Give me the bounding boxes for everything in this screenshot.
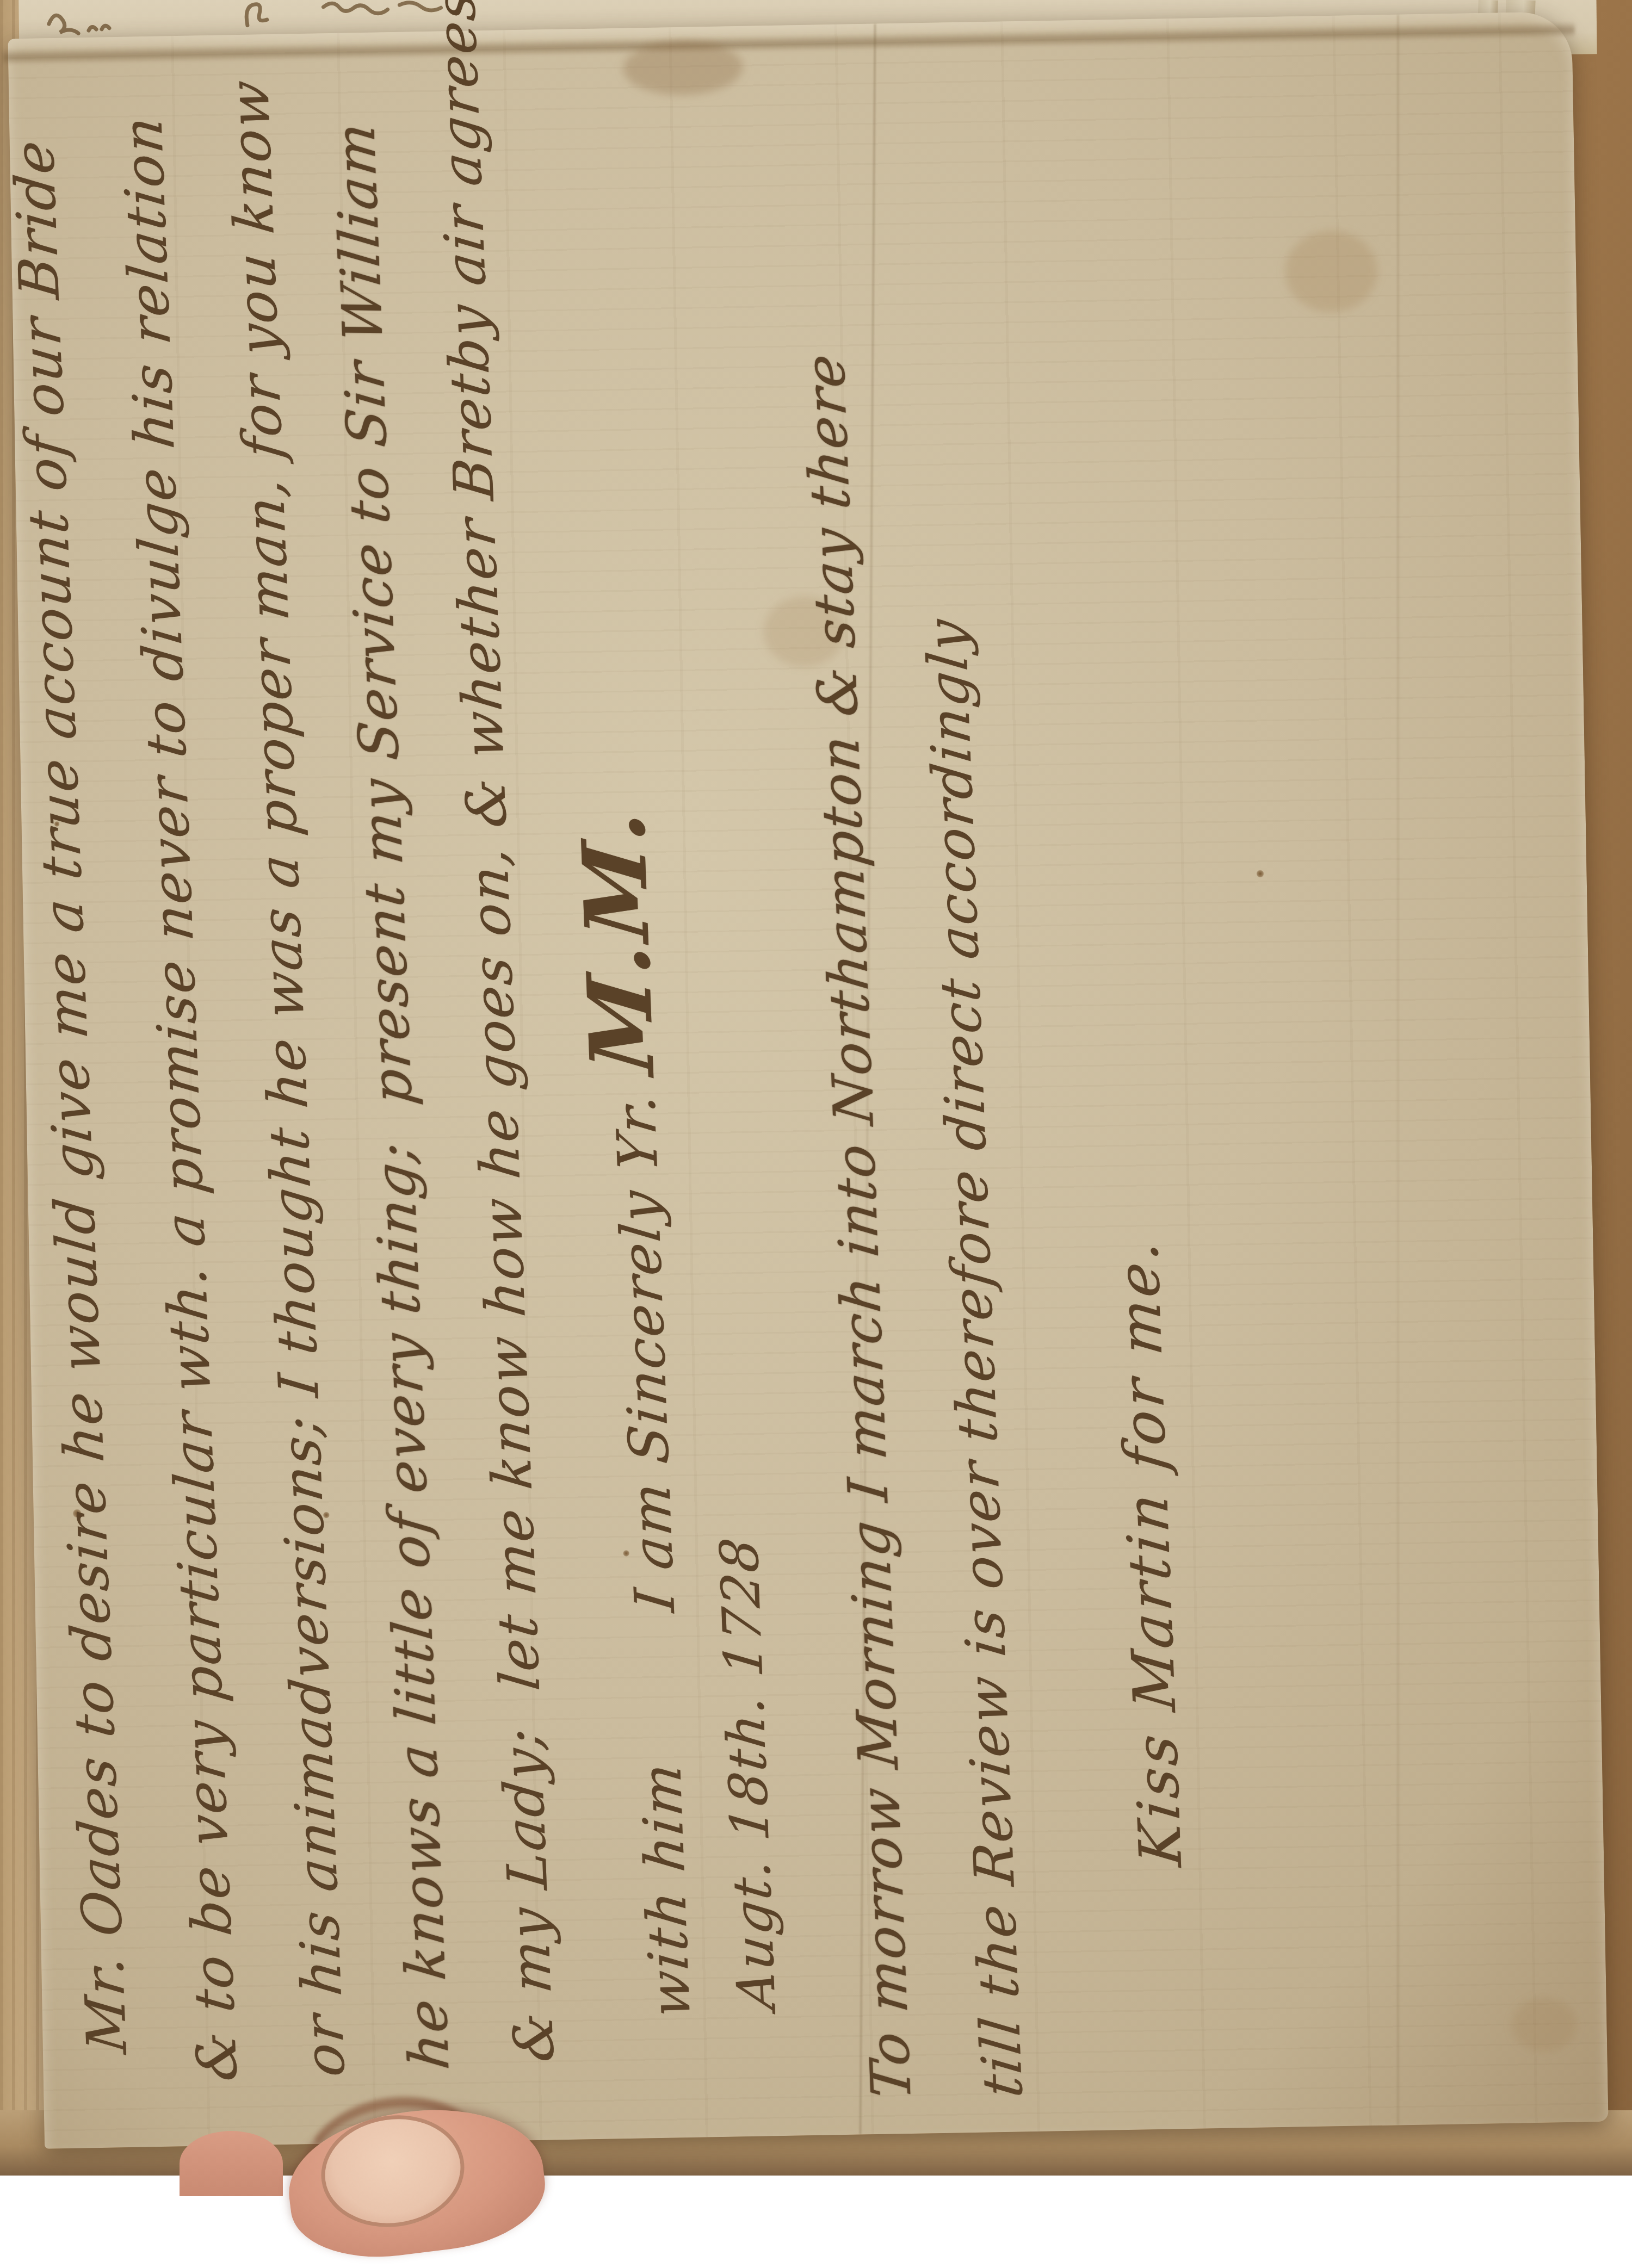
date-line: Augt. 18th. 1728 [708, 1534, 788, 2012]
kiss-martin-line: Kiss Martin for me. [1104, 1234, 1195, 1869]
closing-phrase: with him I am Sincerely Yr. [603, 1071, 703, 2021]
letter-line-6: with him I am Sincerely Yr. M.M. [561, 802, 710, 2022]
letter-page: Mr. Oades to desire he would give me a t… [8, 11, 1608, 2149]
postscript-line-1: To morrow Morning I march into Northampt… [793, 350, 924, 2102]
fingertip [256, 2087, 582, 2176]
postscript-line-2: till the Review is over therefore direct… [914, 615, 1035, 2100]
letter-line-2: & to be very particular wth. a promise n… [110, 113, 250, 2084]
signature: M.M. [561, 802, 675, 1078]
handwriting-layer: Mr. Oades to desire he would give me a t… [7, 0, 1632, 2149]
